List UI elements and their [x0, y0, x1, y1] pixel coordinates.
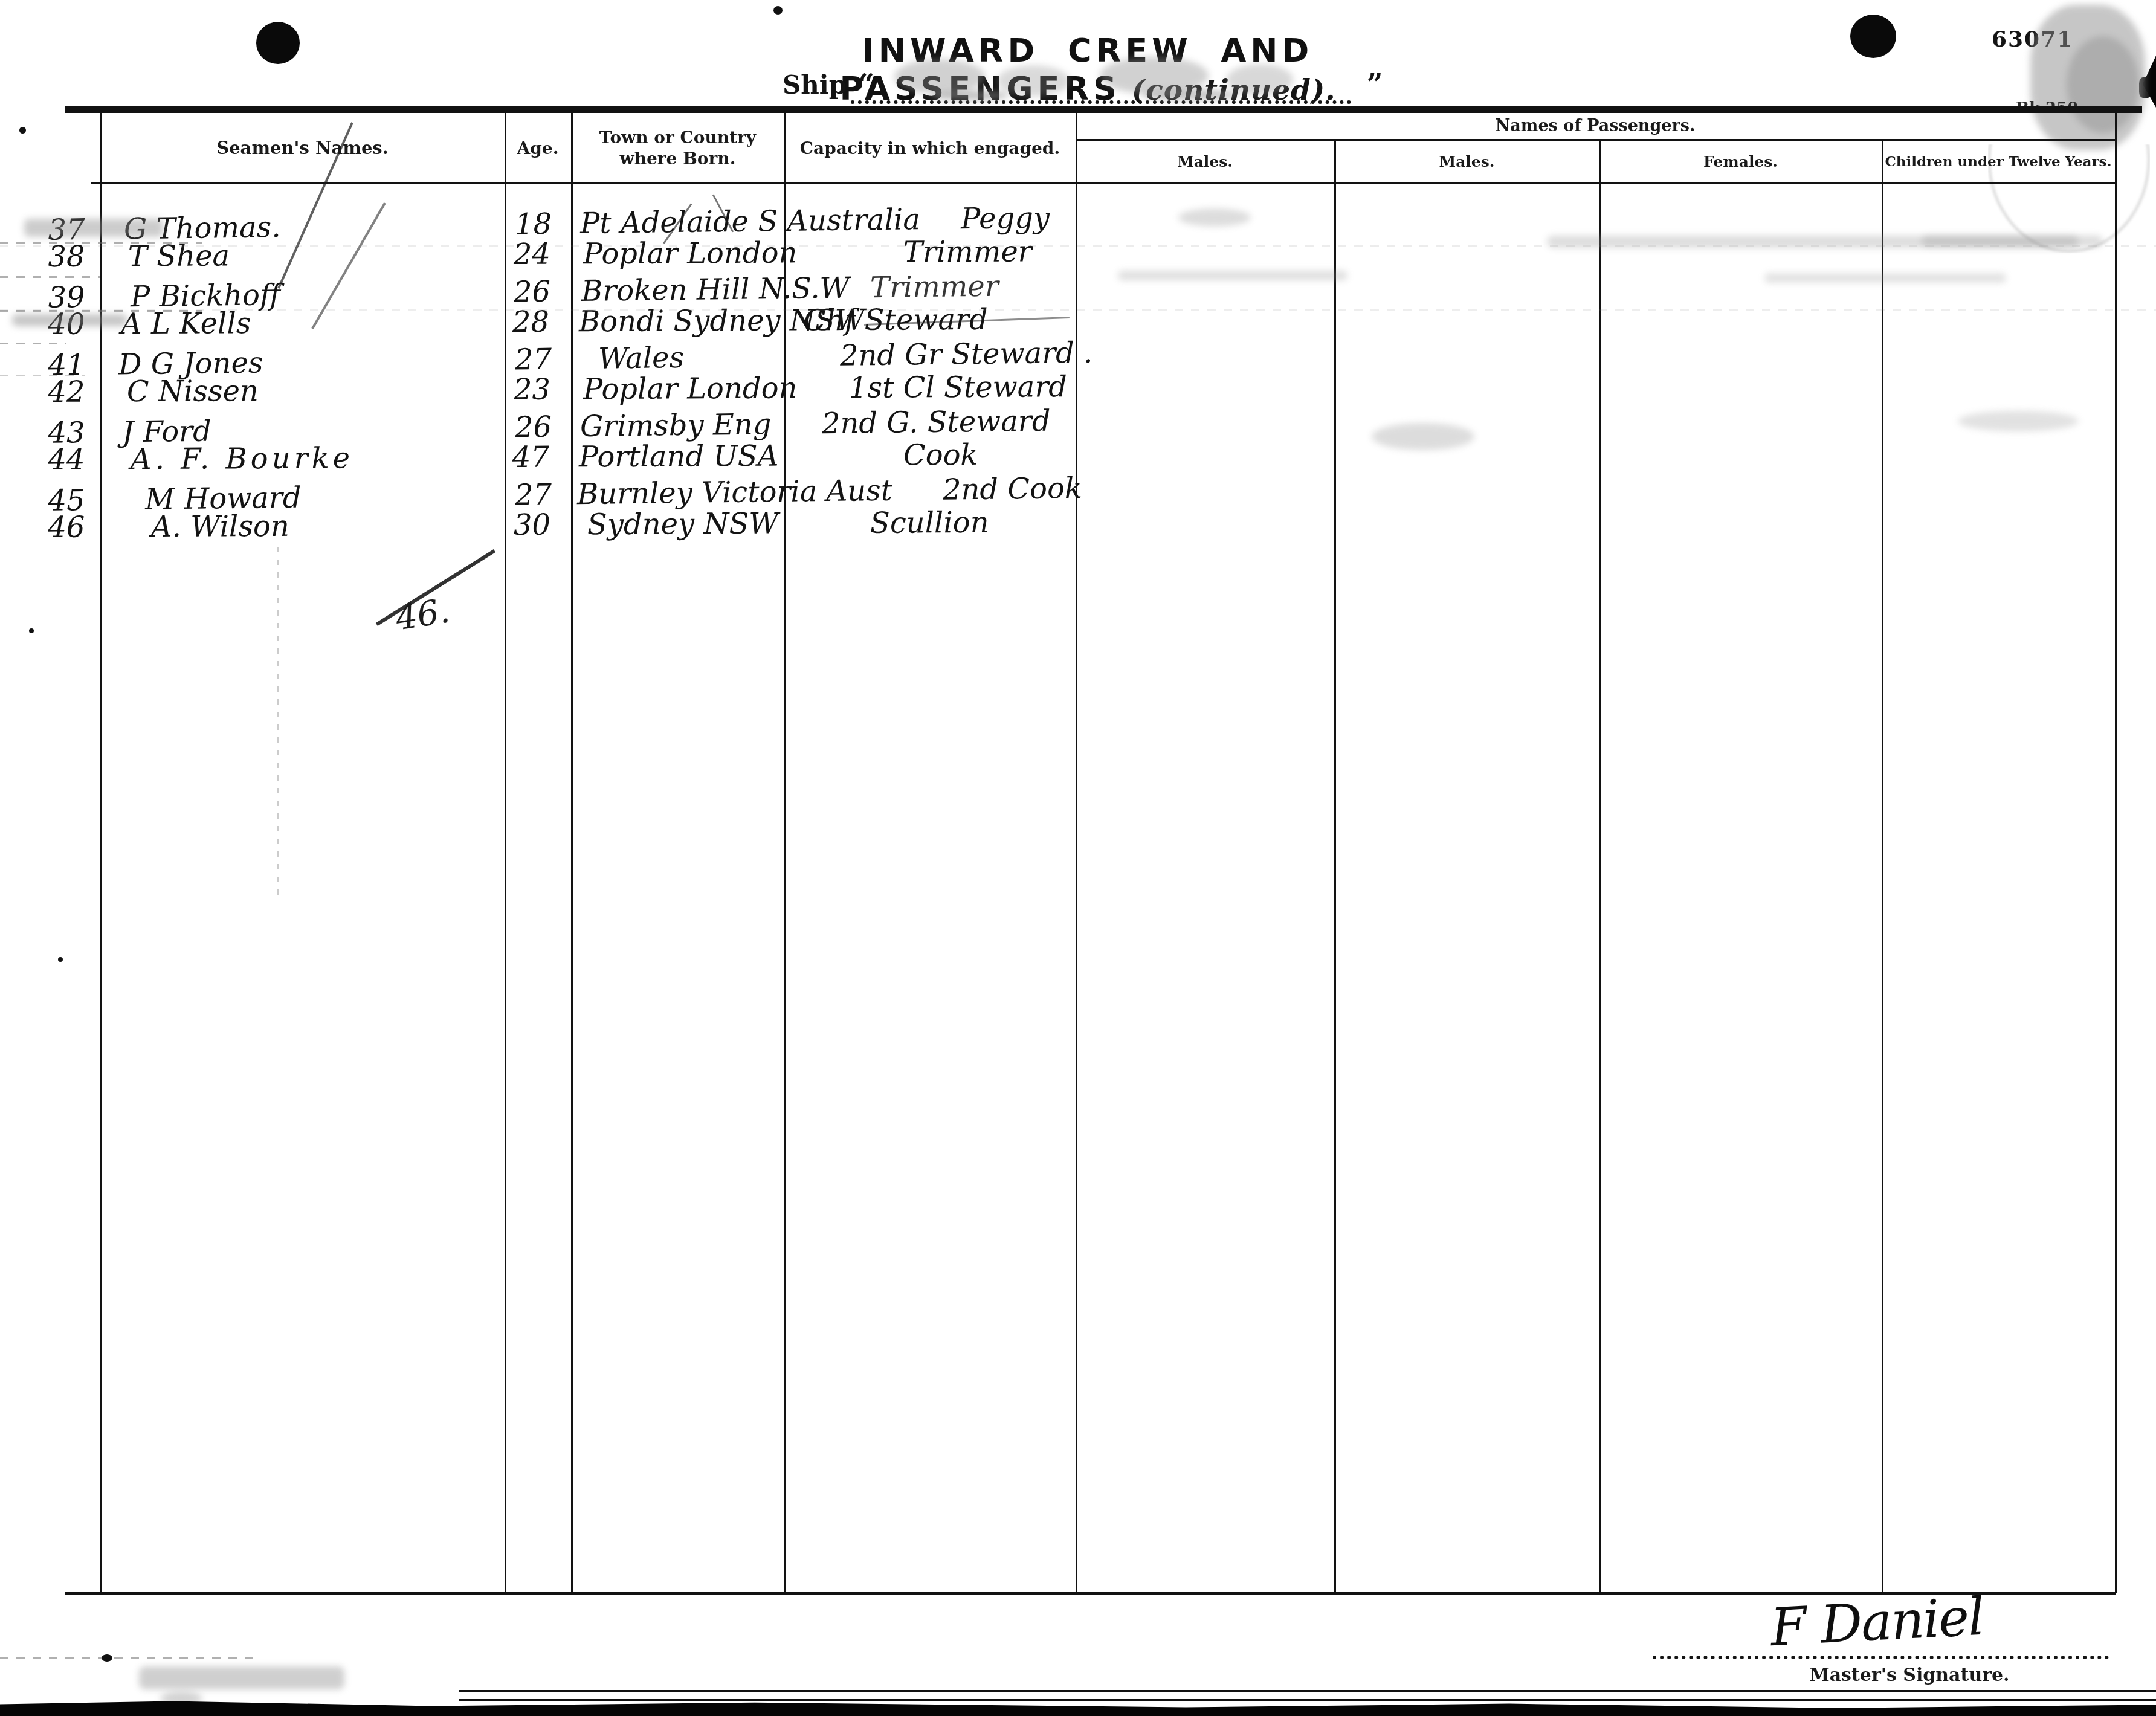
footer-rule-1	[459, 1690, 2156, 1692]
seaman-born: Burnley Victoria Aust	[577, 476, 893, 509]
erased-ship-name-smudge	[1227, 64, 1293, 95]
seaman-born: Poplar London	[583, 373, 798, 404]
ghost-line	[0, 343, 66, 344]
seaman-age: 28	[512, 308, 549, 337]
header-bottom-rule	[91, 182, 2115, 184]
header-children-label: Children under Twelve Years.	[1885, 153, 2111, 170]
bottom-left-ghost-line	[0, 1657, 260, 1659]
ink-speck	[19, 127, 26, 134]
seaman-capacity: Cook	[903, 440, 978, 470]
bottom-left-smudge	[139, 1666, 344, 1689]
header-capacity-label: Capacity in which engaged.	[800, 138, 1060, 158]
table-bottom-rule	[65, 1592, 2116, 1595]
seaman-born: Broken Hill N.S.W	[581, 274, 850, 306]
seaman-age: 24	[514, 240, 550, 269]
punch-hole-left	[256, 22, 300, 64]
ghost-line	[0, 242, 202, 244]
header-passengers-group: Names of Passengers.	[1076, 113, 2115, 139]
ink-speck	[773, 6, 783, 15]
footer-rule-2	[459, 1699, 2156, 1701]
seaman-capacity: Peggy	[961, 204, 1050, 234]
seaman-born: Grimsby Eng	[580, 410, 772, 441]
seaman-capacity: Trimmer	[903, 237, 1032, 266]
header-males-2: Males.	[1334, 141, 1599, 182]
ghost-streak	[0, 309, 2156, 311]
header-age-label: Age.	[517, 138, 559, 158]
scanned-manifest-page: INWARD CREW AND PASSENGERS(continued). S…	[0, 0, 2156, 1716]
header-age: Age.	[505, 114, 571, 182]
punch-hole-right	[1850, 15, 1896, 58]
erased-ship-name-smudge	[894, 59, 985, 94]
seaman-born: Wales	[598, 343, 685, 373]
seaman-born: Pt Adelaide S Australia	[580, 205, 920, 238]
seaman-born: Poplar London	[583, 238, 798, 268]
header-town: Town or Country where Born.	[571, 114, 784, 182]
row-number: 44	[36, 445, 97, 475]
ghost-line	[0, 276, 100, 278]
seaman-capacity: Trimmer	[870, 272, 999, 303]
fold-crease	[277, 547, 279, 897]
ink-speck	[58, 957, 63, 962]
header-passengers-group-label: Names of Passengers.	[1496, 117, 1696, 135]
ship-label: Ship	[783, 70, 847, 100]
seaman-born: Portland USA	[579, 442, 779, 472]
ghost-stamp-text	[24, 219, 163, 237]
seaman-name: A L Kells	[121, 309, 251, 338]
header-males-1-label: Males.	[1177, 153, 1233, 170]
bleed-through-mark	[1922, 236, 2103, 247]
header-males-1: Males.	[1076, 141, 1334, 182]
seaman-born: Sydney NSW	[587, 509, 779, 540]
header-seamens-names-label: Seamen's Names.	[216, 138, 389, 158]
erased-ship-name-smudge	[1142, 89, 1239, 100]
seaman-age: 26	[515, 413, 552, 442]
seaman-capacity: Scullion	[870, 508, 989, 538]
erased-ship-name-smudge	[931, 91, 1009, 100]
ghost-smudge	[12, 314, 127, 326]
seaman-capacity: 1st Cl Steward	[849, 372, 1067, 402]
seaman-capacity: 2nd Cook	[943, 474, 1083, 505]
seaman-age: 27	[515, 480, 552, 510]
erased-ship-name-smudge	[1100, 57, 1209, 94]
header-females: Females.	[1599, 141, 1882, 182]
signature-label-text: Master's Signature.	[1809, 1665, 2009, 1686]
erased-ship-name-smudge	[997, 65, 1070, 97]
header-capacity: Capacity in which engaged.	[784, 114, 1076, 182]
bleed-through-mark	[1764, 273, 2006, 283]
marginal-note: 46.	[393, 594, 452, 636]
bleed-through-mark	[1118, 271, 1347, 280]
pencil-jotting	[1958, 411, 2079, 431]
seaman-age: 26	[514, 277, 551, 307]
bleed-through-mark	[1178, 208, 1251, 227]
header-females-label: Females.	[1703, 153, 1778, 170]
seaman-capacity: 2nd Gr Steward .	[840, 338, 1093, 370]
seaman-age: 18	[515, 210, 552, 239]
header-males-2-label: Males.	[1439, 153, 1494, 170]
ink-speck	[102, 1654, 112, 1662]
seaman-age: 23	[514, 375, 550, 404]
seaman-name: A. F. Bourke	[131, 444, 353, 474]
seaman-age: 27	[515, 345, 552, 375]
header-children: Children under Twelve Years.	[1882, 141, 2115, 182]
ink-speck	[29, 628, 34, 633]
header-seamens-names: Seamen's Names.	[100, 114, 505, 182]
signature-dotted-line	[1653, 1625, 2109, 1659]
header-town-line1: Town or Country	[599, 127, 756, 148]
seaman-age: 47	[512, 443, 549, 472]
seaman-age: 30	[514, 511, 550, 540]
ghost-line	[0, 375, 85, 376]
pencil-jotting	[1372, 423, 1474, 450]
table-top-rule	[65, 106, 2142, 113]
signature-label: Master's Signature.	[1740, 1663, 2079, 1687]
header-town-line2: where Born.	[620, 148, 736, 169]
seaman-capacity: 2nd G. Steward	[822, 407, 1051, 439]
row-number: 42	[36, 378, 97, 407]
row-number: 46	[36, 513, 97, 543]
seaman-name: C Nissen	[127, 376, 259, 406]
close-quote: ”	[1367, 68, 1383, 100]
seaman-name: A. Wilson	[151, 512, 289, 541]
